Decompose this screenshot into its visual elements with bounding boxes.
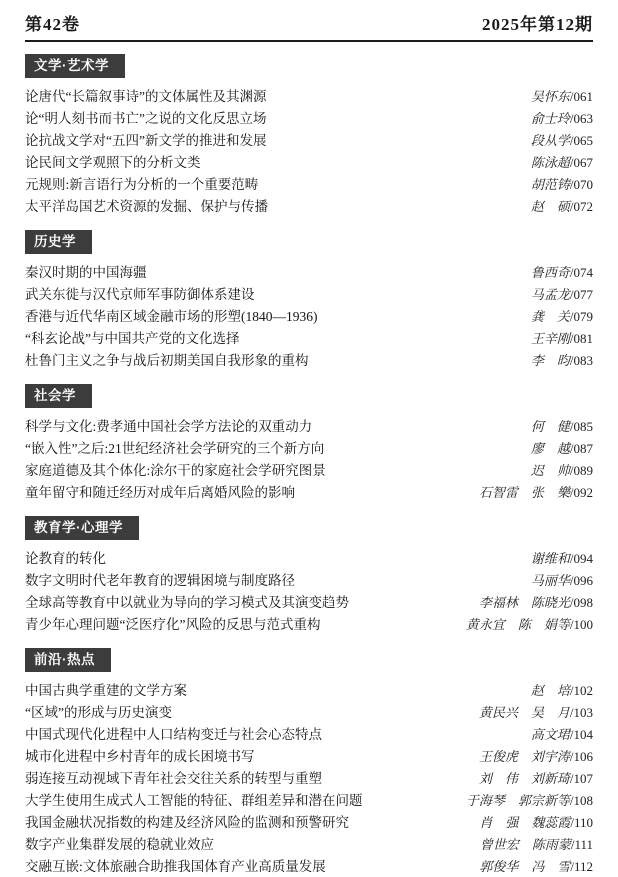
toc-section: 历史学秦汉时期的中国海疆鲁西奇/074武关东徙与汉代京师军事防御体系建设马孟龙/… [25,218,593,372]
article-row: 我国金融状况指数的构建及经济风险的监测和预警研究肖 强 魏蕊霞/110 [25,812,593,834]
article-title: 论民间文学观照下的分析文类 [25,152,201,174]
issue-label: 2025年第12期 [482,10,593,35]
article-authors-page: 俞士玲/063 [519,108,593,130]
article-authors: 肖 强 魏蕊霞 [479,815,570,830]
article-authors: 王俊虎 刘宇涛 [479,749,570,764]
article-title: 家庭道德及其个体化:涂尔干的家庭社会学研究图景 [25,460,326,482]
article-title: 中国式现代化进程中人口结构变迁与社会心态特点 [25,724,322,746]
article-authors-page: 龚 关/079 [519,306,593,328]
article-row: 科学与文化:费孝通中国社会学方法论的双重动力何 健/085 [25,416,593,438]
article-row: “区域”的形成与历史演变黄民兴 吴 月/103 [25,702,593,724]
article-authors-page: 黄永宜 陈 娟等/100 [454,614,593,636]
article-authors: 何 健 [531,419,570,434]
article-authors: 迟 帅 [531,463,570,478]
section-label: 社会学 [25,384,92,408]
article-page-number: /067 [570,155,593,170]
article-title: 科学与文化:费孝通中国社会学方法论的双重动力 [25,416,312,438]
article-authors: 陈泳超 [531,155,570,170]
article-authors: 马丽华 [531,573,570,588]
article-authors-page: 吴怀东/061 [519,86,593,108]
article-row: 数字文明时代老年教育的逻辑困境与制度路径马丽华/096 [25,570,593,592]
article-title: 弱连接互动视域下青年社会交往关系的转型与重塑 [25,768,322,790]
article-title: 太平洋岛国艺术资源的发掘、保护与传播 [25,196,268,218]
article-page-number: /110 [570,815,593,830]
article-page-number: /112 [570,859,593,874]
article-authors: 刘 伟 刘新琦 [479,771,570,786]
article-authors-page: 郭俊华 冯 雪/112 [467,856,593,877]
article-title: 论教育的转化 [25,548,106,570]
article-page-number: /072 [570,199,593,214]
article-page-number: /103 [570,705,593,720]
article-title: 论“明人刻书而书亡”之说的文化反思立场 [25,108,266,130]
article-page-number: /081 [570,331,593,346]
article-page-number: /104 [570,727,593,742]
article-authors: 俞士玲 [531,111,570,126]
article-row: “科玄论战”与中国共产党的文化选择王辛刚/081 [25,328,593,350]
article-row: “嵌入性”之后:21世纪经济社会学研究的三个新方向廖 越/087 [25,438,593,460]
article-page-number: /087 [570,441,593,456]
article-title: 大学生使用生成式人工智能的特征、群组差异和潜在问题 [25,790,363,812]
article-page-number: /107 [570,771,593,786]
article-row: 家庭道德及其个体化:涂尔干的家庭社会学研究图景迟 帅/089 [25,460,593,482]
article-title: 香港与近代华南区域金融市场的形塑(1840—1936) [25,306,318,328]
article-row: 论“明人刻书而书亡”之说的文化反思立场俞士玲/063 [25,108,593,130]
article-row: 香港与近代华南区域金融市场的形塑(1840—1936)龚 关/079 [25,306,593,328]
article-title: 论唐代“长篇叙事诗”的文体属性及其渊源 [25,86,266,108]
article-page-number: /083 [570,353,593,368]
article-page-number: /106 [570,749,593,764]
article-row: 元规则:新言语行为分析的一个重要范畴胡范铸/070 [25,174,593,196]
article-authors: 曾世宏 陈雨蒙 [480,837,571,852]
article-authors-page: 王辛刚/081 [519,328,593,350]
article-authors: 王辛刚 [531,331,570,346]
article-authors: 龚 关 [531,309,570,324]
article-authors-page: 廖 越/087 [519,438,593,460]
toc-section: 文学·艺术学论唐代“长篇叙事诗”的文体属性及其渊源吴怀东/061论“明人刻书而书… [25,42,593,218]
article-authors-page: 马孟龙/077 [519,284,593,306]
article-row: 童年留守和随迁经历对成年后离婚风险的影响石智雷 张 樂/092 [25,482,593,504]
article-row: 论抗战文学对“五四”新文学的推进和发展段从学/065 [25,130,593,152]
article-title: 武关东徙与汉代京师军事防御体系建设 [25,284,255,306]
article-title: 中国古典学重建的文学方案 [25,680,187,702]
article-title: “科玄论战”与中国共产党的文化选择 [25,328,239,350]
article-authors: 吴怀东 [531,89,570,104]
article-authors: 李 昀 [531,353,570,368]
article-authors-page: 陈泳超/067 [519,152,593,174]
article-authors-page: 于海琴 郭宗新等/108 [454,790,593,812]
article-title: 数字文明时代老年教育的逻辑困境与制度路径 [25,570,295,592]
article-row: 论教育的转化谢维和/094 [25,548,593,570]
article-authors: 鲁西奇 [531,265,570,280]
toc-sections: 文学·艺术学论唐代“长篇叙事诗”的文体属性及其渊源吴怀东/061论“明人刻书而书… [25,42,593,877]
article-authors: 段从学 [531,133,570,148]
article-row: 武关东徙与汉代京师军事防御体系建设马孟龙/077 [25,284,593,306]
article-authors-page: 石智雷 张 樂/092 [467,482,593,504]
article-page-number: /079 [570,309,593,324]
toc-section: 教育学·心理学论教育的转化谢维和/094数字文明时代老年教育的逻辑困境与制度路径… [25,504,593,636]
article-page-number: /061 [570,89,593,104]
article-title: “嵌入性”之后:21世纪经济社会学研究的三个新方向 [25,438,324,460]
article-authors: 高文珺 [531,727,570,742]
article-title: 元规则:新言语行为分析的一个重要范畴 [25,174,258,196]
section-label: 教育学·心理学 [25,516,139,540]
article-authors-page: 李福林 陈晓光/098 [467,592,593,614]
article-authors: 赵 培 [531,683,570,698]
article-row: 城市化进程中乡村青年的成长困境书写王俊虎 刘宇涛/106 [25,746,593,768]
article-authors-page: 李 昀/083 [519,350,593,372]
article-title: 交融互嵌:文体旅融合助推我国体育产业高质量发展 [25,856,326,877]
article-title: 论抗战文学对“五四”新文学的推进和发展 [25,130,266,152]
article-row: 全球高等教育中以就业为导向的学习模式及其演变趋势李福林 陈晓光/098 [25,592,593,614]
article-title: 青少年心理问题“泛医疗化”风险的反思与范式重构 [25,614,320,636]
article-authors-page: 刘 伟 刘新琦/107 [467,768,593,790]
article-page-number: /096 [570,573,593,588]
article-row: 中国式现代化进程中人口结构变迁与社会心态特点高文珺/104 [25,724,593,746]
article-page-number: /094 [570,551,593,566]
article-authors: 于海琴 郭宗新等 [466,793,570,808]
article-row: 大学生使用生成式人工智能的特征、群组差异和潜在问题于海琴 郭宗新等/108 [25,790,593,812]
article-authors-page: 王俊虎 刘宇涛/106 [467,746,593,768]
article-page-number: /102 [570,683,593,698]
article-authors: 胡范铸 [531,177,570,192]
article-page-number: /089 [570,463,593,478]
article-page-number: /070 [570,177,593,192]
article-page-number: /074 [570,265,593,280]
article-row: 弱连接互动视域下青年社会交往关系的转型与重塑刘 伟 刘新琦/107 [25,768,593,790]
article-authors-page: 马丽华/096 [519,570,593,592]
article-title: 秦汉时期的中国海疆 [25,262,147,284]
article-row: 杜鲁门主义之争与战后初期美国自我形象的重构李 昀/083 [25,350,593,372]
article-row: 青少年心理问题“泛医疗化”风险的反思与范式重构黄永宜 陈 娟等/100 [25,614,593,636]
article-authors: 李福林 陈晓光 [479,595,570,610]
section-label: 历史学 [25,230,92,254]
article-row: 太平洋岛国艺术资源的发掘、保护与传播赵 硕/072 [25,196,593,218]
article-authors: 黄永宜 陈 娟等 [466,617,570,632]
article-authors-page: 段从学/065 [519,130,593,152]
article-authors: 石智雷 张 樂 [479,485,570,500]
article-row: 中国古典学重建的文学方案赵 培/102 [25,680,593,702]
article-title: 我国金融状况指数的构建及经济风险的监测和预警研究 [25,812,349,834]
article-authors: 谢维和 [531,551,570,566]
article-page-number: /063 [570,111,593,126]
volume-label: 第42卷 [25,10,80,35]
article-authors-page: 黄民兴 吴 月/103 [467,702,593,724]
article-authors-page: 鲁西奇/074 [519,262,593,284]
section-label: 前沿·热点 [25,648,111,672]
article-authors-page: 赵 硕/072 [519,196,593,218]
article-authors-page: 曾世宏 陈雨蒙/111 [468,834,593,856]
article-page-number: /065 [570,133,593,148]
toc-section: 社会学科学与文化:费孝通中国社会学方法论的双重动力何 健/085“嵌入性”之后:… [25,372,593,504]
article-title: “区域”的形成与历史演变 [25,702,172,724]
article-row: 秦汉时期的中国海疆鲁西奇/074 [25,262,593,284]
article-row: 交融互嵌:文体旅融合助推我国体育产业高质量发展郭俊华 冯 雪/112 [25,856,593,877]
article-authors: 赵 硕 [531,199,570,214]
article-authors-page: 肖 强 魏蕊霞/110 [467,812,593,834]
article-page-number: /092 [570,485,593,500]
article-row: 论民间文学观照下的分析文类陈泳超/067 [25,152,593,174]
section-label: 文学·艺术学 [25,54,125,78]
article-authors-page: 谢维和/094 [519,548,593,570]
article-page-number: /108 [570,793,593,808]
article-page-number: /077 [570,287,593,302]
article-title: 全球高等教育中以就业为导向的学习模式及其演变趋势 [25,592,349,614]
article-authors-page: 赵 培/102 [519,680,593,702]
article-page-number: /100 [570,617,593,632]
article-title: 杜鲁门主义之争与战后初期美国自我形象的重构 [25,350,309,372]
article-page-number: /098 [570,595,593,610]
article-page-number: /111 [571,837,593,852]
article-row: 论唐代“长篇叙事诗”的文体属性及其渊源吴怀东/061 [25,86,593,108]
article-title: 数字产业集群发展的稳就业效应 [25,834,214,856]
article-authors-page: 迟 帅/089 [519,460,593,482]
journal-toc-page: 第42卷 2025年第12期 文学·艺术学论唐代“长篇叙事诗”的文体属性及其渊源… [0,0,618,877]
toc-section: 前沿·热点中国古典学重建的文学方案赵 培/102“区域”的形成与历史演变黄民兴 … [25,636,593,877]
article-authors-page: 高文珺/104 [519,724,593,746]
article-authors: 廖 越 [531,441,570,456]
article-title: 童年留守和随迁经历对成年后离婚风险的影响 [25,482,295,504]
article-row: 数字产业集群发展的稳就业效应曾世宏 陈雨蒙/111 [25,834,593,856]
article-authors: 马孟龙 [531,287,570,302]
page-header: 第42卷 2025年第12期 [25,8,593,35]
article-authors-page: 胡范铸/070 [519,174,593,196]
article-authors-page: 何 健/085 [519,416,593,438]
article-authors: 黄民兴 吴 月 [479,705,570,720]
article-authors: 郭俊华 冯 雪 [479,859,570,874]
article-page-number: /085 [570,419,593,434]
article-title: 城市化进程中乡村青年的成长困境书写 [25,746,255,768]
